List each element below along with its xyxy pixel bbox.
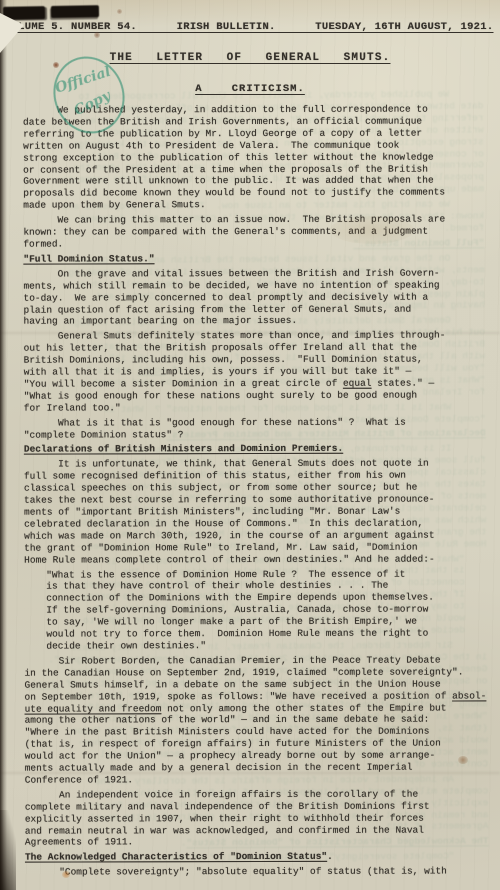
text-line: General Smuts himself, in a debate on th… [24, 678, 500, 691]
heading: The Acknowledged Characteristics of "Dom… [25, 851, 500, 864]
text-line: Home Rule means complete control of thei… [24, 553, 500, 566]
paragraph: "Complete sovereignty"; "absolute equali… [25, 866, 500, 879]
text-line: decide their own destinies." [46, 639, 500, 652]
text-line: "Full Dominion Status." [23, 252, 499, 265]
text-line: complete military and naval independence… [25, 800, 500, 813]
masthead: VOLUME 5. NUMBER 54. IRISH BULLETIN. TUE… [5, 21, 493, 33]
text-line: for Ireland too." [24, 401, 500, 414]
binding-edge-bottom [0, 810, 16, 890]
text-line: connection of the Dominions with the Emp… [46, 592, 500, 605]
text-line: "You will become a sister Dominion in a … [24, 377, 500, 390]
text-line: on September 10th, 1919, spoke as follow… [25, 690, 500, 703]
paragraph: An independent voice in foreign affairs … [25, 788, 500, 849]
quote: "What is the essence of Dominion Home Ru… [24, 568, 500, 653]
text-line: "complete Dominion status" ? [24, 428, 500, 441]
text-line: in the Canadian House on September 2nd, … [24, 666, 500, 679]
paragraph: It is unfortunate, we think, that Genera… [24, 458, 500, 566]
text-line: would act for the Union" — a prophecy al… [25, 750, 500, 763]
paragraph: Sir Robert Borden, the Canadian Premier,… [24, 654, 500, 786]
text-line: Agreements of 1911. [25, 836, 500, 849]
paragraph: What is it that is "good enough for thes… [24, 416, 500, 441]
paragraph: We can bring this matter to an issue now… [23, 214, 499, 251]
text-line: to-day. We are simply concerned to deal … [23, 291, 499, 304]
text-line: On the grave and vital issues between th… [23, 267, 499, 280]
text-line: Sir Robert Borden, the Canadian Premier,… [24, 654, 500, 667]
text-line: made upon them by General Smuts. [23, 199, 499, 212]
text-line: General Smuts definitely states more tha… [24, 330, 500, 343]
text-line: strong exception to the publication of t… [23, 151, 499, 164]
heading: Declarations of British Ministers and Do… [24, 443, 500, 456]
paragraph: General Smuts definitely states more tha… [24, 330, 500, 415]
document-body: We published yesterday, in addition to t… [23, 103, 500, 881]
text-line: proposals did become known they would be… [23, 187, 499, 200]
text-line: having an important bearing on the major… [24, 315, 500, 328]
text-line: which was made on March 30th, 1920, in t… [24, 529, 500, 542]
text-line: Conference of 1921. [25, 773, 500, 786]
scanned-document-page: We published yesterday, in addition to t… [0, 0, 500, 890]
ink-stamp [3, 5, 99, 20]
text-line: formed. [23, 237, 499, 250]
text-line: "Complete sovereignty"; "absolute equali… [25, 866, 500, 879]
text-line: takes the next best course in referring … [24, 493, 500, 506]
text-line: known: they can be compared with the Gen… [23, 225, 499, 238]
stain [117, 9, 122, 14]
binding-edge [0, 0, 7, 890]
heading: "Full Dominion Status." [23, 252, 499, 265]
text-line: Declarations of British Ministers and Do… [24, 443, 500, 456]
text-line: ments, which still remain to be decided,… [23, 279, 499, 292]
ink-blot [51, 5, 99, 18]
text-line: The Acknowledged Characteristics of "Dom… [25, 851, 500, 864]
paragraph: On the grave and vital issues between th… [23, 267, 499, 328]
text-line: It is unfortunate, we think, that Genera… [24, 458, 500, 471]
